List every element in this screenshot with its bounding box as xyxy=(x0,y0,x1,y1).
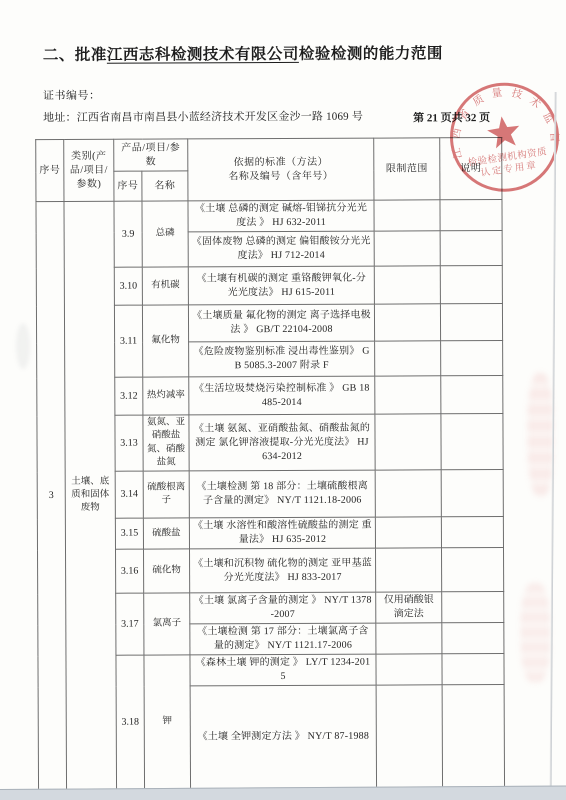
item-name: 热灼减率 xyxy=(143,377,189,415)
standard-text: 《土壤检测 第 17 部分：土壤氯离子含量的测定》 NY/T 1121.17-2… xyxy=(190,623,376,655)
limit-text xyxy=(375,414,441,470)
stamp-bleed-mark-upper xyxy=(527,373,554,497)
note-cell xyxy=(442,623,504,654)
standard-text: 《森林土壤 钾的测定 》 LY/T 1234-2015 xyxy=(190,654,376,686)
standard-text: 《土壤 全钾测定方法 》 NY/T 87-1988 xyxy=(190,685,376,789)
item-serial: 3.18 xyxy=(116,655,145,789)
item-serial: 3.16 xyxy=(115,549,143,593)
page-content: 二、批准江西志科检测技术有限公司检验检测的能力范围 证书编号： 地址：江西省南昌… xyxy=(0,0,566,800)
document-title: 二、批准江西志科检测技术有限公司检验检测的能力范围 xyxy=(43,41,443,65)
note-cell xyxy=(441,548,503,592)
standard-text: 《土壤 氯离子含量的测定 》 NY/T 1378-2007 xyxy=(190,592,376,624)
note-cell xyxy=(442,592,504,623)
note-cell xyxy=(440,231,502,266)
item-serial: 3.13 xyxy=(115,415,143,471)
standard-text: 《土壤 总磷的测定 碱熔-钼锑抗分光光度法 》 HJ 632-2011 xyxy=(188,200,374,232)
header-standard: 依据的标准（方法） 名称及编号（含年号） xyxy=(188,138,374,201)
address-line: 地址：江西省南昌市南昌县小蓝经济技术开发区金沙一路 1069 号 xyxy=(43,108,363,125)
item-name: 有机碳 xyxy=(142,267,188,305)
standard-text: 《土壤检测 第 18 部分：土壤硫酸根离子含量的测定》 NY/T 1121.18… xyxy=(189,470,375,518)
note-cell xyxy=(441,376,503,414)
limit-text: 仅用硝酸银滴定法 xyxy=(376,592,442,623)
item-name: 钾 xyxy=(144,655,191,789)
certificate-number-label: 证书编号： xyxy=(43,87,101,103)
note-cell xyxy=(441,414,503,470)
limit-text xyxy=(374,231,440,266)
standard-text: 《危险废物鉴别标准 浸出毒性鉴别》 GB 5085.3-2007 附录 F xyxy=(189,341,375,377)
standard-text: 《生活垃圾焚烧污染控制标准 》 GB 18485-2014 xyxy=(189,376,375,415)
item-serial: 3.14 xyxy=(115,471,143,518)
standard-text: 《土壤有机碳的测定 重铬酸钾氧化-分光光度法》 HJ 615-2011 xyxy=(188,266,374,305)
table-body: 3土壤、底质和固体废物3.9总磷《土壤 总磷的测定 碱熔-钼锑抗分光光度法 》 … xyxy=(36,200,505,790)
standard-text: 《土壤和沉积物 硫化物的测定 亚甲基蓝分光光度法》 HJ 833-2017 xyxy=(189,548,375,593)
item-name: 总磷 xyxy=(142,201,188,267)
note-cell xyxy=(440,200,502,231)
header-product-group: 产品/项目/参数 xyxy=(114,139,188,171)
header-limit: 限制范围 xyxy=(374,138,440,200)
limit-text xyxy=(376,685,442,788)
header-sub-name: 名称 xyxy=(142,171,188,201)
note-cell xyxy=(442,685,504,788)
header-standard-line1: 依据的标准（方法） xyxy=(191,155,370,170)
title-company-name: 江西志科检测技术有限公司 xyxy=(107,46,299,64)
item-serial: 3.15 xyxy=(115,518,143,549)
limit-text xyxy=(375,341,441,376)
note-cell xyxy=(440,304,502,341)
note-cell xyxy=(441,470,503,517)
item-name: 氟化物 xyxy=(142,305,188,377)
scan-smudge xyxy=(16,323,30,369)
category-serial: 3 xyxy=(36,201,67,789)
item-name: 硫化物 xyxy=(143,549,189,593)
limit-text xyxy=(374,304,440,341)
item-name: 氯离子 xyxy=(144,593,190,655)
item-name: 硫酸盐 xyxy=(143,518,189,549)
limit-text xyxy=(375,517,441,548)
limit-text xyxy=(374,266,440,304)
item-serial: 3.11 xyxy=(114,305,142,377)
table-row: 3土壤、底质和固体废物3.9总磷《土壤 总磷的测定 碱熔-钼锑抗分光光度法 》 … xyxy=(36,200,502,233)
standard-text: 《固体废物 总磷的测定 偏钼酸铵分光光度法》 HJ 712-2014 xyxy=(188,231,374,267)
note-cell xyxy=(441,517,503,548)
item-serial: 3.17 xyxy=(116,593,144,655)
header-row-1: 序号 类别(产品/项目/参数) 产品/项目/参数 依据的标准（方法） 名称及编号… xyxy=(36,138,502,172)
item-serial: 3.10 xyxy=(114,267,142,305)
page-bottom-edge xyxy=(0,785,566,800)
note-cell xyxy=(441,341,503,376)
page-number: 第 21 页共 32 页 xyxy=(413,109,490,125)
standard-text: 《土壤 水溶性和酸溶性硫酸盐的测定 重量法》 HJ 635-2012 xyxy=(189,517,375,549)
limit-text xyxy=(376,623,442,654)
stamp-bleed-mark-lower xyxy=(520,583,550,683)
limit-text xyxy=(375,548,441,592)
limit-text xyxy=(375,470,441,517)
header-standard-line2: 名称及编号（含年号） xyxy=(191,169,370,184)
capability-table: 序号 类别(产品/项目/参数) 产品/项目/参数 依据的标准（方法） 名称及编号… xyxy=(35,137,505,790)
note-cell xyxy=(442,654,504,685)
table-header: 序号 类别(产品/项目/参数) 产品/项目/参数 依据的标准（方法） 名称及编号… xyxy=(36,138,502,202)
item-serial: 3.9 xyxy=(114,201,142,267)
limit-text xyxy=(375,376,441,414)
standard-text: 《土壤质量 氟化物的测定 离子选择电极法 》 GB/T 22104-2008 xyxy=(188,304,374,342)
title-prefix: 二、批准 xyxy=(43,47,107,64)
item-name: 硫酸根离子 xyxy=(143,471,189,518)
title-suffix: 检验检测的能力范围 xyxy=(299,45,443,63)
limit-text xyxy=(376,654,442,685)
limit-text xyxy=(374,200,440,231)
item-serial: 3.12 xyxy=(115,377,143,415)
header-note: 说明 xyxy=(440,138,502,200)
category-label: 土壤、底质和固体废物 xyxy=(64,201,117,789)
standard-text: 《土壤 氨氮、亚硝酸盐氮、硝酸盐氮的测定 氯化钾溶液提取-分光光度法》 HJ 6… xyxy=(189,414,375,471)
header-sub-serial: 序号 xyxy=(114,171,142,201)
header-category: 类别(产品/项目/参数) xyxy=(64,139,114,201)
scanned-document-page: 二、批准江西志科检测技术有限公司检验检测的能力范围 证书编号： 地址：江西省南昌… xyxy=(0,0,566,800)
item-name: 氨氮、亚硝酸盐氮、硝酸盐氮 xyxy=(143,415,189,471)
note-cell xyxy=(440,266,502,304)
header-serial: 序号 xyxy=(36,139,64,201)
